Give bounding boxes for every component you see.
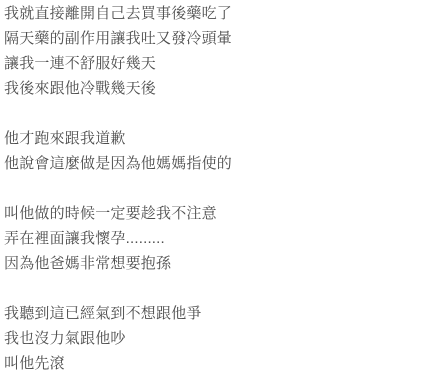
post-paragraph: 他才跑來跟我道歉 他說會這麼做是因為他媽媽指使的 [4, 126, 417, 176]
post-line: 讓我一連不舒服好幾天 [4, 51, 417, 76]
post-line: 因為他爸媽非常想要抱孫 [4, 251, 417, 276]
post-line: 弄在裡面讓我懷孕......... [4, 226, 417, 251]
post-line: 他說會這麼做是因為他媽媽指使的 [4, 151, 417, 176]
post-paragraph: 我聽到這已經氣到不想跟他爭 我也沒力氣跟他吵 叫他先滾 [4, 301, 417, 376]
post-line: 我也沒力氣跟他吵 [4, 326, 417, 351]
post-line: 隔天藥的副作用讓我吐又發冷頭暈 [4, 26, 417, 51]
post-line: 叫他做的時候一定要趁我不注意 [4, 201, 417, 226]
page: { "colors": { "background": "#ffffff", "… [0, 0, 421, 378]
post-content: 我就直接離開自己去買事後藥吃了 隔天藥的副作用讓我吐又發冷頭暈 讓我一連不舒服好… [0, 0, 421, 376]
post-paragraph: 叫他做的時候一定要趁我不注意 弄在裡面讓我懷孕......... 因為他爸媽非常… [4, 201, 417, 276]
post-paragraph: 我就直接離開自己去買事後藥吃了 隔天藥的副作用讓我吐又發冷頭暈 讓我一連不舒服好… [4, 1, 417, 101]
post-line: 我聽到這已經氣到不想跟他爭 [4, 301, 417, 326]
post-line: 我就直接離開自己去買事後藥吃了 [4, 1, 417, 26]
post-line: 叫他先滾 [4, 351, 417, 376]
post-line: 我後來跟他冷戰幾天後 [4, 76, 417, 101]
post-line: 他才跑來跟我道歉 [4, 126, 417, 151]
